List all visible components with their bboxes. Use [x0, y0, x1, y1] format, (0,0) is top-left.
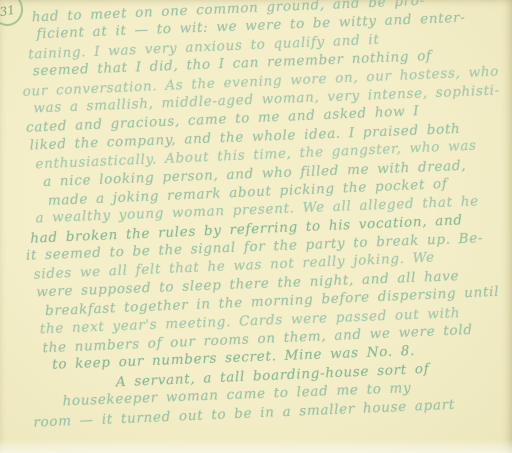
manuscript-page: 31 had to meet on one common ground, and…: [0, 0, 512, 453]
handwritten-text-block: had to meet on one common ground, and be…: [0, 0, 512, 431]
